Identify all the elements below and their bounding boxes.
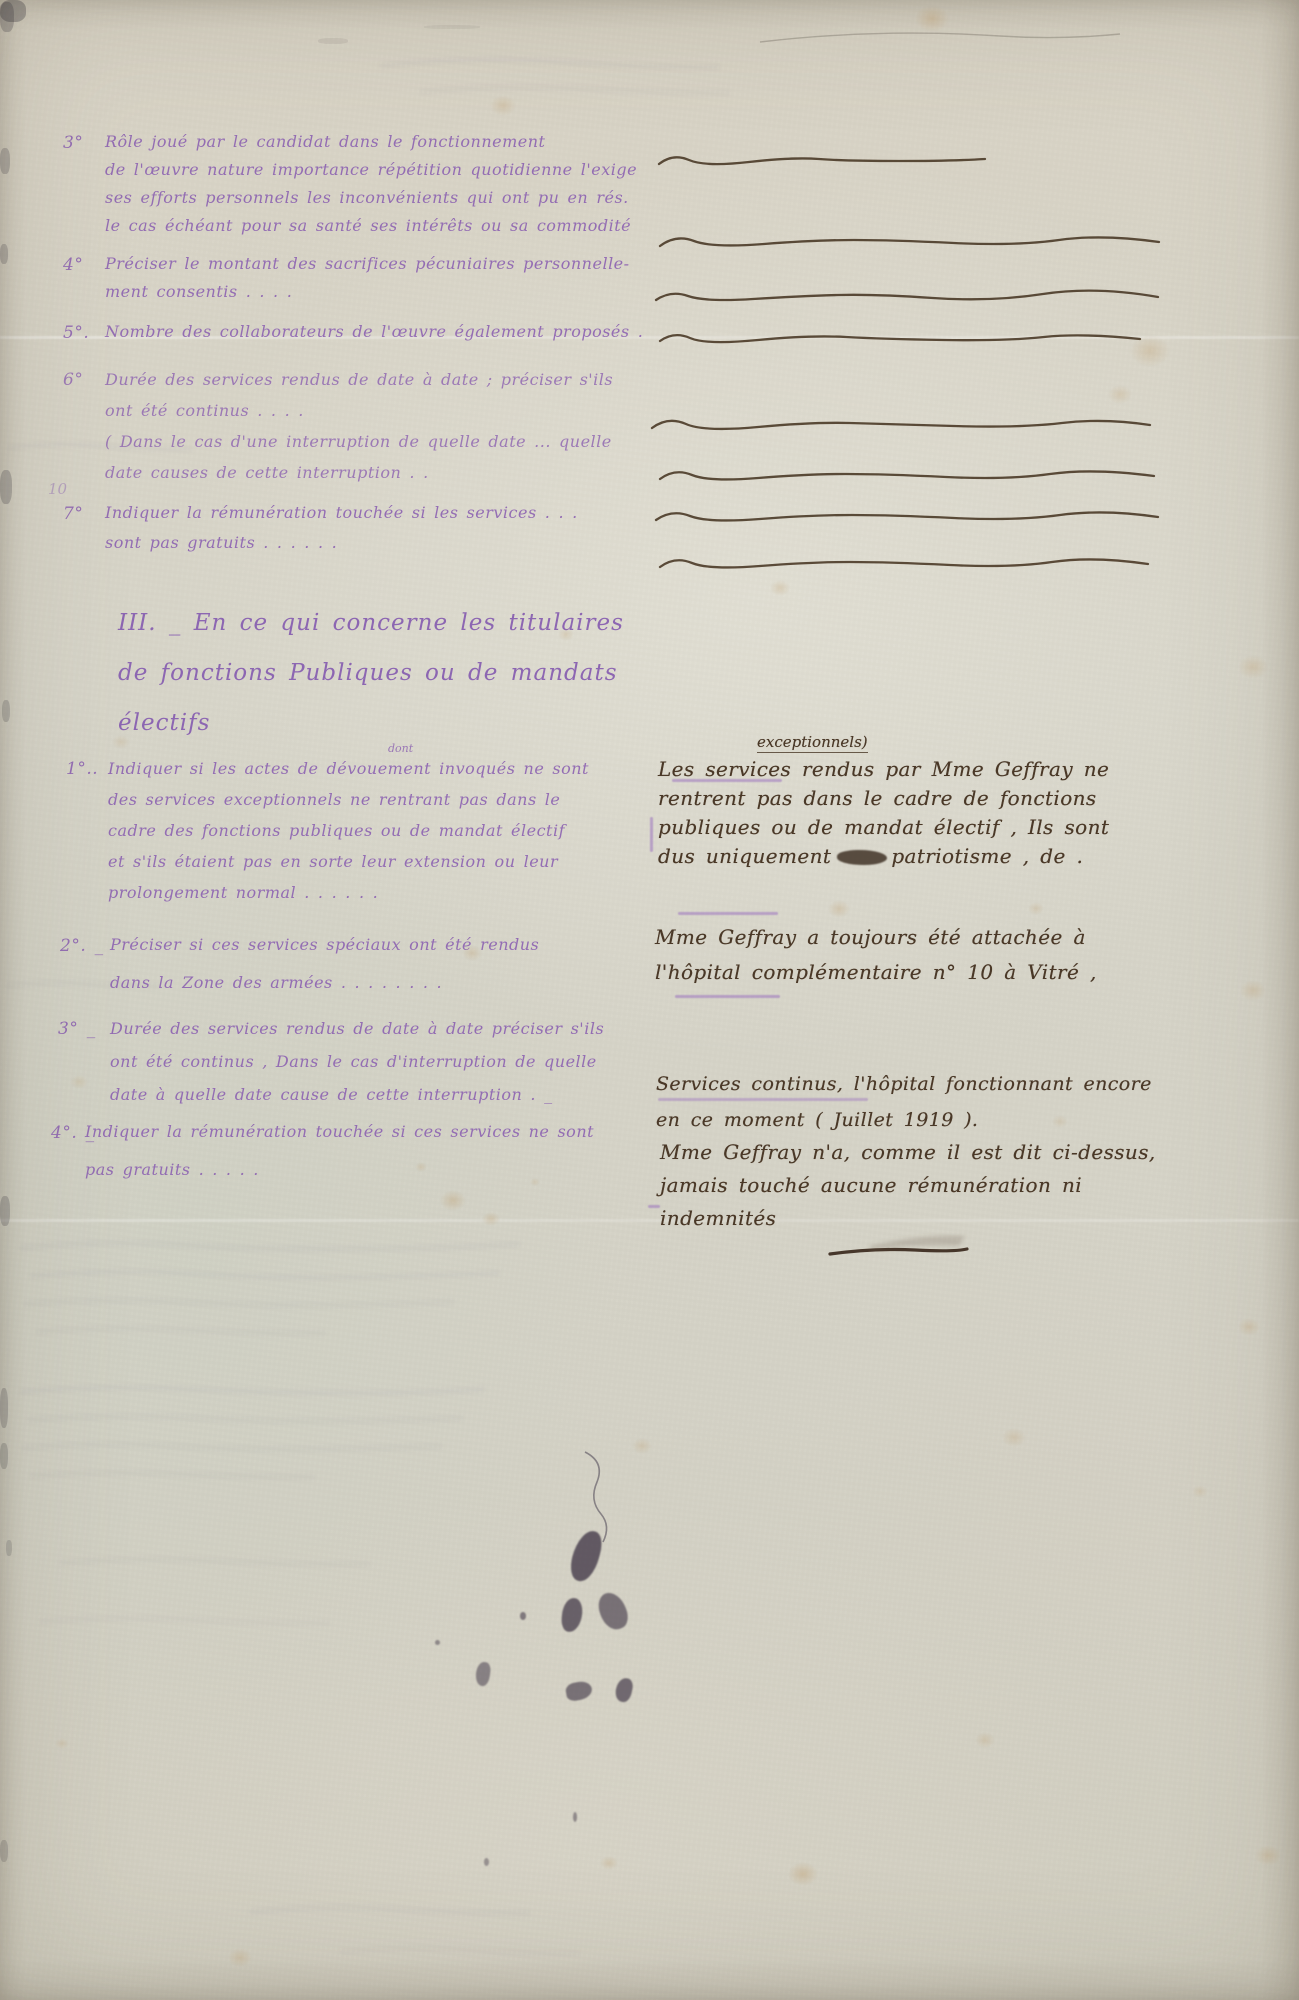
handwritten-line: cadre des fonctions publiques ou de mand… xyxy=(108,815,589,846)
handwritten-line: ment consentis . . . . xyxy=(105,278,630,306)
handwritten-line: ont été continus , Dans le cas d'interru… xyxy=(110,1045,604,1078)
squiggle-line xyxy=(659,157,985,164)
section-heading: III. _ En ce qui concerne les titulaires… xyxy=(118,598,624,748)
answer-block: Mme Geffray n'a, comme il est dit ci-des… xyxy=(660,1136,1156,1235)
question-item: 6° Durée des services rendus de date à d… xyxy=(105,364,613,488)
question-item: 4° Préciser le montant des sacrifices pé… xyxy=(105,250,630,306)
inserted-word: dont xyxy=(388,742,413,755)
question-item: 4°. _ Indiquer la rémunération touchée s… xyxy=(85,1113,594,1189)
answer-text: patriotisme , de . xyxy=(891,844,1083,868)
question-item: 3° _ Durée des services rendus de date à… xyxy=(110,1012,604,1111)
violet-underline-mark xyxy=(672,779,782,782)
answer-block: Mme Geffray a toujours été attachée àl'h… xyxy=(655,920,1097,990)
item-number: 3° _ xyxy=(58,1013,96,1046)
item-number: 6° xyxy=(63,365,83,396)
closing-flourish-line xyxy=(830,1249,967,1254)
handwritten-line: sont pas gratuits . . . . . . xyxy=(105,528,578,558)
handwritten-line: Rôle joué par le candidat dans le foncti… xyxy=(105,128,637,156)
question-item: 3° Rôle joué par le candidat dans le fon… xyxy=(105,128,637,240)
question-item: 7° Indiquer la rémunération touchée si l… xyxy=(105,498,578,558)
violet-underline-mark xyxy=(675,995,780,998)
squiggle-line xyxy=(660,335,1140,342)
violet-underline-mark xyxy=(658,1098,868,1101)
flourish-smudge xyxy=(870,1236,965,1250)
handwritten-line: Indiquer la rémunération touchée si les … xyxy=(105,498,578,528)
handwritten-line: de fonctions Publiques ou de mandats xyxy=(118,648,624,698)
pencil-arc xyxy=(760,33,1120,42)
handwritten-line: et s'ils étaient pas en sorte leur exten… xyxy=(108,846,589,877)
handwritten-line: dans la Zone des armées . . . . . . . . xyxy=(110,964,539,1002)
item-number: 3° xyxy=(63,129,83,157)
handwritten-line: Nombre des collaborateurs de l'œuvre éga… xyxy=(105,318,643,346)
handwritten-line: de l'œuvre nature importance répétition … xyxy=(105,156,637,184)
handwritten-line: date causes de cette interruption . . xyxy=(105,457,613,488)
handwritten-line: Préciser si ces services spéciaux ont ét… xyxy=(110,926,539,964)
handwritten-line: Indiquer la rémunération touchée si ces … xyxy=(85,1113,594,1151)
squiggle-line xyxy=(652,421,1150,429)
item-number: 7° xyxy=(63,499,83,529)
violet-underline-mark xyxy=(678,912,778,915)
answer-block: Les services rendus par Mme Geffray nere… xyxy=(658,755,1109,871)
item-number: 1°.. xyxy=(66,754,98,785)
item-number: 4°. _ xyxy=(51,1114,95,1152)
handwritten-line: pas gratuits . . . . . xyxy=(85,1151,594,1189)
handwritten-line: en ce moment ( Juillet 1919 ). xyxy=(656,1102,1152,1138)
margin-note: 10 xyxy=(48,480,67,498)
item-number: 4° xyxy=(63,251,83,279)
handwritten-line: Durée des services rendus de date à date… xyxy=(105,364,613,395)
scanned-document-page: 3° Rôle joué par le candidat dans le fon… xyxy=(0,0,1299,2000)
squiggle-line xyxy=(656,291,1158,300)
squiggle-line xyxy=(660,471,1154,479)
handwritten-line: l'hôpital complémentaire n° 10 à Vitré , xyxy=(655,955,1097,990)
handwritten-line: indemnités xyxy=(660,1202,1156,1235)
answer-text: dus uniquement xyxy=(658,844,831,868)
handwritten-line: ( Dans le cas d'une interruption de quel… xyxy=(105,426,613,457)
item-number: 2°. _ xyxy=(60,927,104,965)
handwritten-line: jamais touché aucune rémunération ni xyxy=(660,1169,1156,1202)
handwritten-line: Durée des services rendus de date à date… xyxy=(110,1012,604,1045)
handwritten-line: III. _ En ce qui concerne les titulaires xyxy=(118,598,624,648)
pen-scratch-mark xyxy=(585,1452,607,1542)
handwritten-line: Mme Geffray a toujours été attachée à xyxy=(655,920,1097,955)
handwritten-line: prolongement normal . . . . . . xyxy=(108,877,589,908)
handwritten-line: Indiquer si les actes de dévouement invo… xyxy=(108,753,589,784)
handwritten-line: ont été continus . . . . xyxy=(105,395,613,426)
handwritten-line: Mme Geffray n'a, comme il est dit ci-des… xyxy=(660,1136,1156,1169)
violet-dash-mark xyxy=(648,1205,660,1208)
question-item: 2°. _ Préciser si ces services spéciaux … xyxy=(110,926,539,1002)
question-item: 5°. Nombre des collaborateurs de l'œuvre… xyxy=(105,318,643,346)
handwritten-line: dus uniquementpatriotisme , de . xyxy=(658,842,1109,871)
handwritten-line: ses efforts personnels les inconvénients… xyxy=(105,184,637,212)
answer-squiggle-lines xyxy=(652,157,1159,567)
handwritten-line: date à quelle date cause de cette interr… xyxy=(110,1078,604,1111)
answer-inserted-word: exceptionnels) xyxy=(757,733,868,753)
handwritten-line: rentrent pas dans le cadre de fonctions xyxy=(658,784,1109,813)
handwritten-line: publiques ou de mandat électif , Ils son… xyxy=(658,813,1109,842)
violet-dash-mark xyxy=(650,817,653,852)
squiggle-line xyxy=(656,512,1158,520)
handwritten-line: le cas échéant pour sa santé ses intérêt… xyxy=(105,212,637,240)
handwritten-line: des services exceptionnels ne rentrant p… xyxy=(108,784,589,815)
squiggle-line xyxy=(660,237,1159,246)
handwritten-line: Préciser le montant des sacrifices pécun… xyxy=(105,250,630,278)
squiggle-line xyxy=(660,559,1148,567)
item-number: 5°. xyxy=(63,319,89,347)
handwritten-line: Services continus, l'hôpital fonctionnan… xyxy=(656,1066,1152,1102)
question-item: 1°.. Indiquer si les actes de dévouement… xyxy=(108,753,589,908)
handwritten-line: électifs xyxy=(118,698,624,748)
crossed-out-word xyxy=(837,850,887,865)
answer-block: Services continus, l'hôpital fonctionnan… xyxy=(656,1066,1152,1138)
